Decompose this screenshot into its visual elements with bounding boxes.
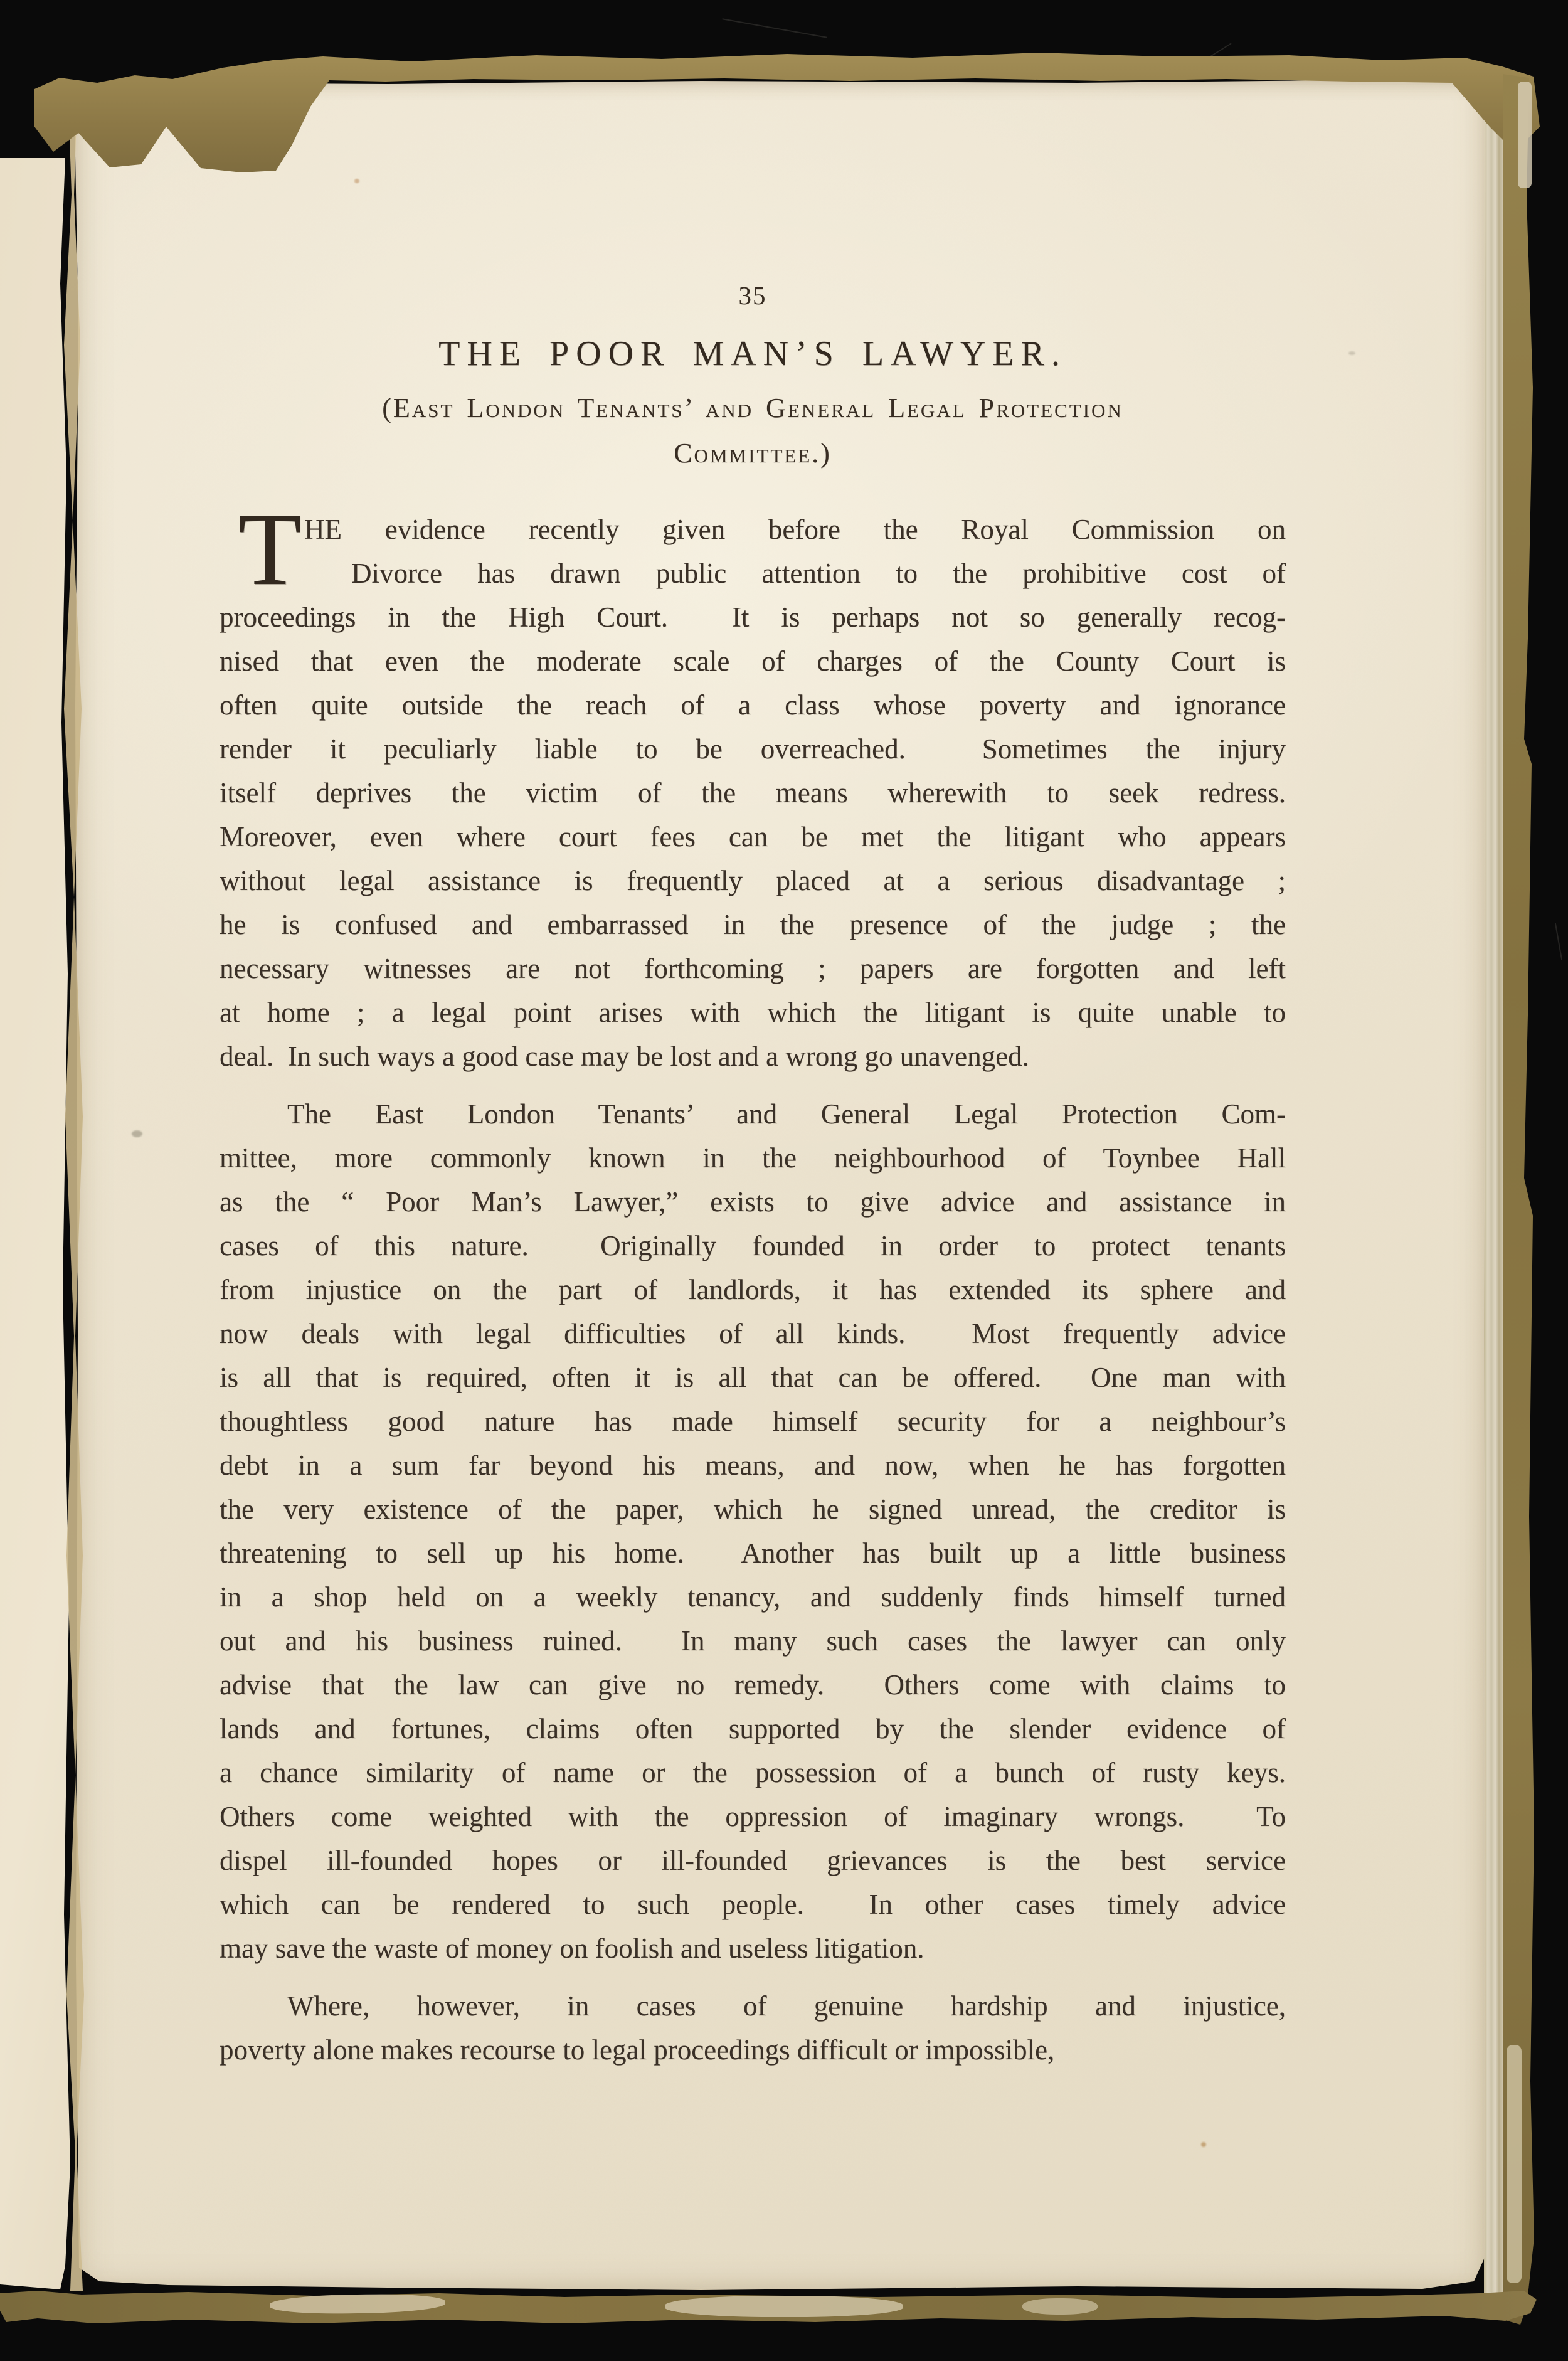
body-line: lands and fortunes, claims often support…: [220, 1707, 1286, 1751]
paragraph: Where, however, in cases of genuine hard…: [220, 1984, 1286, 2072]
page-content: 35 THE POOR MAN’S LAWYER. (East London T…: [220, 80, 1286, 2294]
article-body: THE evidence recently given before the R…: [220, 507, 1286, 2072]
body-line: in a shop held on a weekly tenancy, and …: [220, 1575, 1286, 1619]
body-line: Moreover, even where court fees can be m…: [220, 815, 1286, 859]
body-line: debt in a sum far beyond his means, and …: [220, 1443, 1286, 1487]
scanned-book-page-photo: { "page": { "number": "35", "title": "TH…: [0, 0, 1568, 2361]
body-line: thoughtless good nature has made himself…: [220, 1399, 1286, 1443]
dust-fiber: [722, 18, 827, 38]
page-number: 35: [220, 281, 1286, 310]
body-line: Others come weighted with the oppression…: [220, 1795, 1286, 1838]
paragraph: THE evidence recently given before the R…: [220, 507, 1286, 1078]
article-subtitle-line2: Committee.): [220, 431, 1286, 476]
body-line: nised that even the moderate scale of ch…: [220, 639, 1286, 683]
body-line: itself deprives the victim of the means …: [220, 771, 1286, 815]
torn-paper-bit: [1022, 2298, 1098, 2315]
body-line: without legal assistance is frequently p…: [220, 859, 1286, 903]
body-line: threatening to sell up his home. Another…: [220, 1531, 1286, 1575]
body-line: now deals with legal difficulties of all…: [220, 1312, 1286, 1356]
body-line: Divorce has drawn public attention to th…: [220, 551, 1286, 595]
body-line: at home ; a legal point arises with whic…: [220, 990, 1286, 1034]
deckle-highlight: [1507, 2045, 1522, 2283]
torn-paper-bit: [665, 2296, 903, 2317]
body-line: proceedings in the High Court. It is per…: [220, 595, 1286, 639]
body-line: may save the waste of money on foolish a…: [220, 1926, 1286, 1970]
foxing-speck: [1348, 351, 1355, 355]
article-title: THE POOR MAN’S LAWYER.: [220, 333, 1286, 375]
body-line: poverty alone makes recourse to legal pr…: [220, 2028, 1286, 2072]
body-line: often quite outside the reach of a class…: [220, 683, 1286, 727]
body-line: deal. In such ways a good case may be lo…: [220, 1034, 1286, 1078]
body-line: necessary witnesses are not forthcoming …: [220, 947, 1286, 990]
body-line: cases of this nature. Originally founded…: [220, 1224, 1286, 1268]
body-line: HE evidence recently given before the Ro…: [220, 507, 1286, 551]
body-line: out and his business ruined. In many suc…: [220, 1619, 1286, 1663]
deckle-edge-right: [1503, 74, 1537, 2325]
body-line: advise that the law can give no remedy. …: [220, 1663, 1286, 1707]
body-line: as the “ Poor Man’s Lawyer,” exists to g…: [220, 1180, 1286, 1224]
foxing-speck: [132, 1130, 142, 1137]
body-line: Where, however, in cases of genuine hard…: [220, 1984, 1286, 2028]
paragraph: The East London Tenants’ and General Leg…: [220, 1092, 1286, 1970]
body-line: is all that is required, often it is all…: [220, 1356, 1286, 1399]
body-line: mittee, more commonly known in the neigh…: [220, 1136, 1286, 1180]
torn-page-stub-left: [0, 158, 74, 2289]
body-line: from injustice on the part of landlords,…: [220, 1268, 1286, 1312]
body-line: which can be rendered to such people. In…: [220, 1882, 1286, 1926]
page-edges-right: [1484, 79, 1504, 2296]
body-line: dispel ill-founded hopes or ill-founded …: [220, 1838, 1286, 1882]
article-subtitle-line1: (East London Tenants’ and General Legal …: [220, 386, 1286, 431]
deckle-highlight: [1518, 82, 1532, 188]
body-line: the very existence of the paper, which h…: [220, 1487, 1286, 1531]
body-line: a chance similarity of name or the posse…: [220, 1751, 1286, 1795]
book-page: 35 THE POOR MAN’S LAWYER. (East London T…: [74, 80, 1486, 2294]
body-line: render it peculiarly liable to be overre…: [220, 727, 1286, 771]
dust-fiber: [1555, 923, 1562, 960]
body-line: The East London Tenants’ and General Leg…: [220, 1092, 1286, 1136]
body-line: he is confused and embarrassed in the pr…: [220, 903, 1286, 947]
drop-cap: T: [238, 497, 302, 601]
